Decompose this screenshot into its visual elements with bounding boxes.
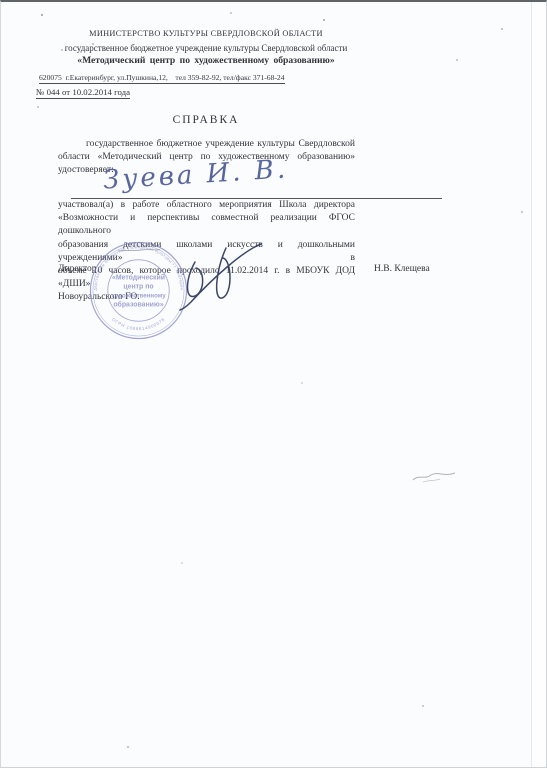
- document-number-line: № 044 от 10.02.2014 года: [36, 87, 130, 99]
- stamp-center-line: центр по: [123, 284, 153, 291]
- institution-name-line: «Методический центр по художественному о…: [41, 55, 371, 66]
- institution-line: государственное бюджетное учреждение кул…: [41, 43, 371, 53]
- svg-text:ОГРН 1086614960078: ОГРН 1086614960078: [111, 317, 166, 332]
- address-line: 620075 г.Екатеринбург, ул.Пушкина,12, те…: [39, 73, 285, 84]
- scanner-edge-strip: [531, 2, 547, 768]
- signer-name: Н.В. Клещева: [374, 264, 430, 274]
- stamp-center-line: «Методический: [112, 274, 165, 282]
- body-line: «Возможности и перспективы совместной ре…: [58, 212, 355, 238]
- certify-line: государственное бюджетное учреждение кул…: [58, 138, 355, 151]
- ministry-line: МИНИСТЕРСТВО КУЛЬТУРЫ СВЕРДЛОВСКОЙ ОБЛАС…: [41, 29, 371, 38]
- stamp-center-line: образованию»: [113, 300, 164, 308]
- scanned-certificate-page: МИНИСТЕРСТВО КУЛЬТУРЫ СВЕРДЛОВСКОЙ ОБЛАС…: [0, 0, 547, 768]
- stamp-ring-bottom-text: ОГРН 1086614960078: [111, 317, 166, 332]
- document-header: МИНИСТЕРСТВО КУЛЬТУРЫ СВЕРДЛОВСКОЙ ОБЛАС…: [41, 29, 371, 66]
- document-title: СПРАВКА: [41, 114, 371, 126]
- stamp-center-line: художественному: [111, 292, 166, 299]
- scan-noise-speckles: [1, 2, 3, 4]
- director-signature-ink: [159, 238, 271, 326]
- faint-pencil-scribble: [409, 468, 459, 486]
- body-line: участвовал(а) в работе областного меропр…: [58, 199, 355, 212]
